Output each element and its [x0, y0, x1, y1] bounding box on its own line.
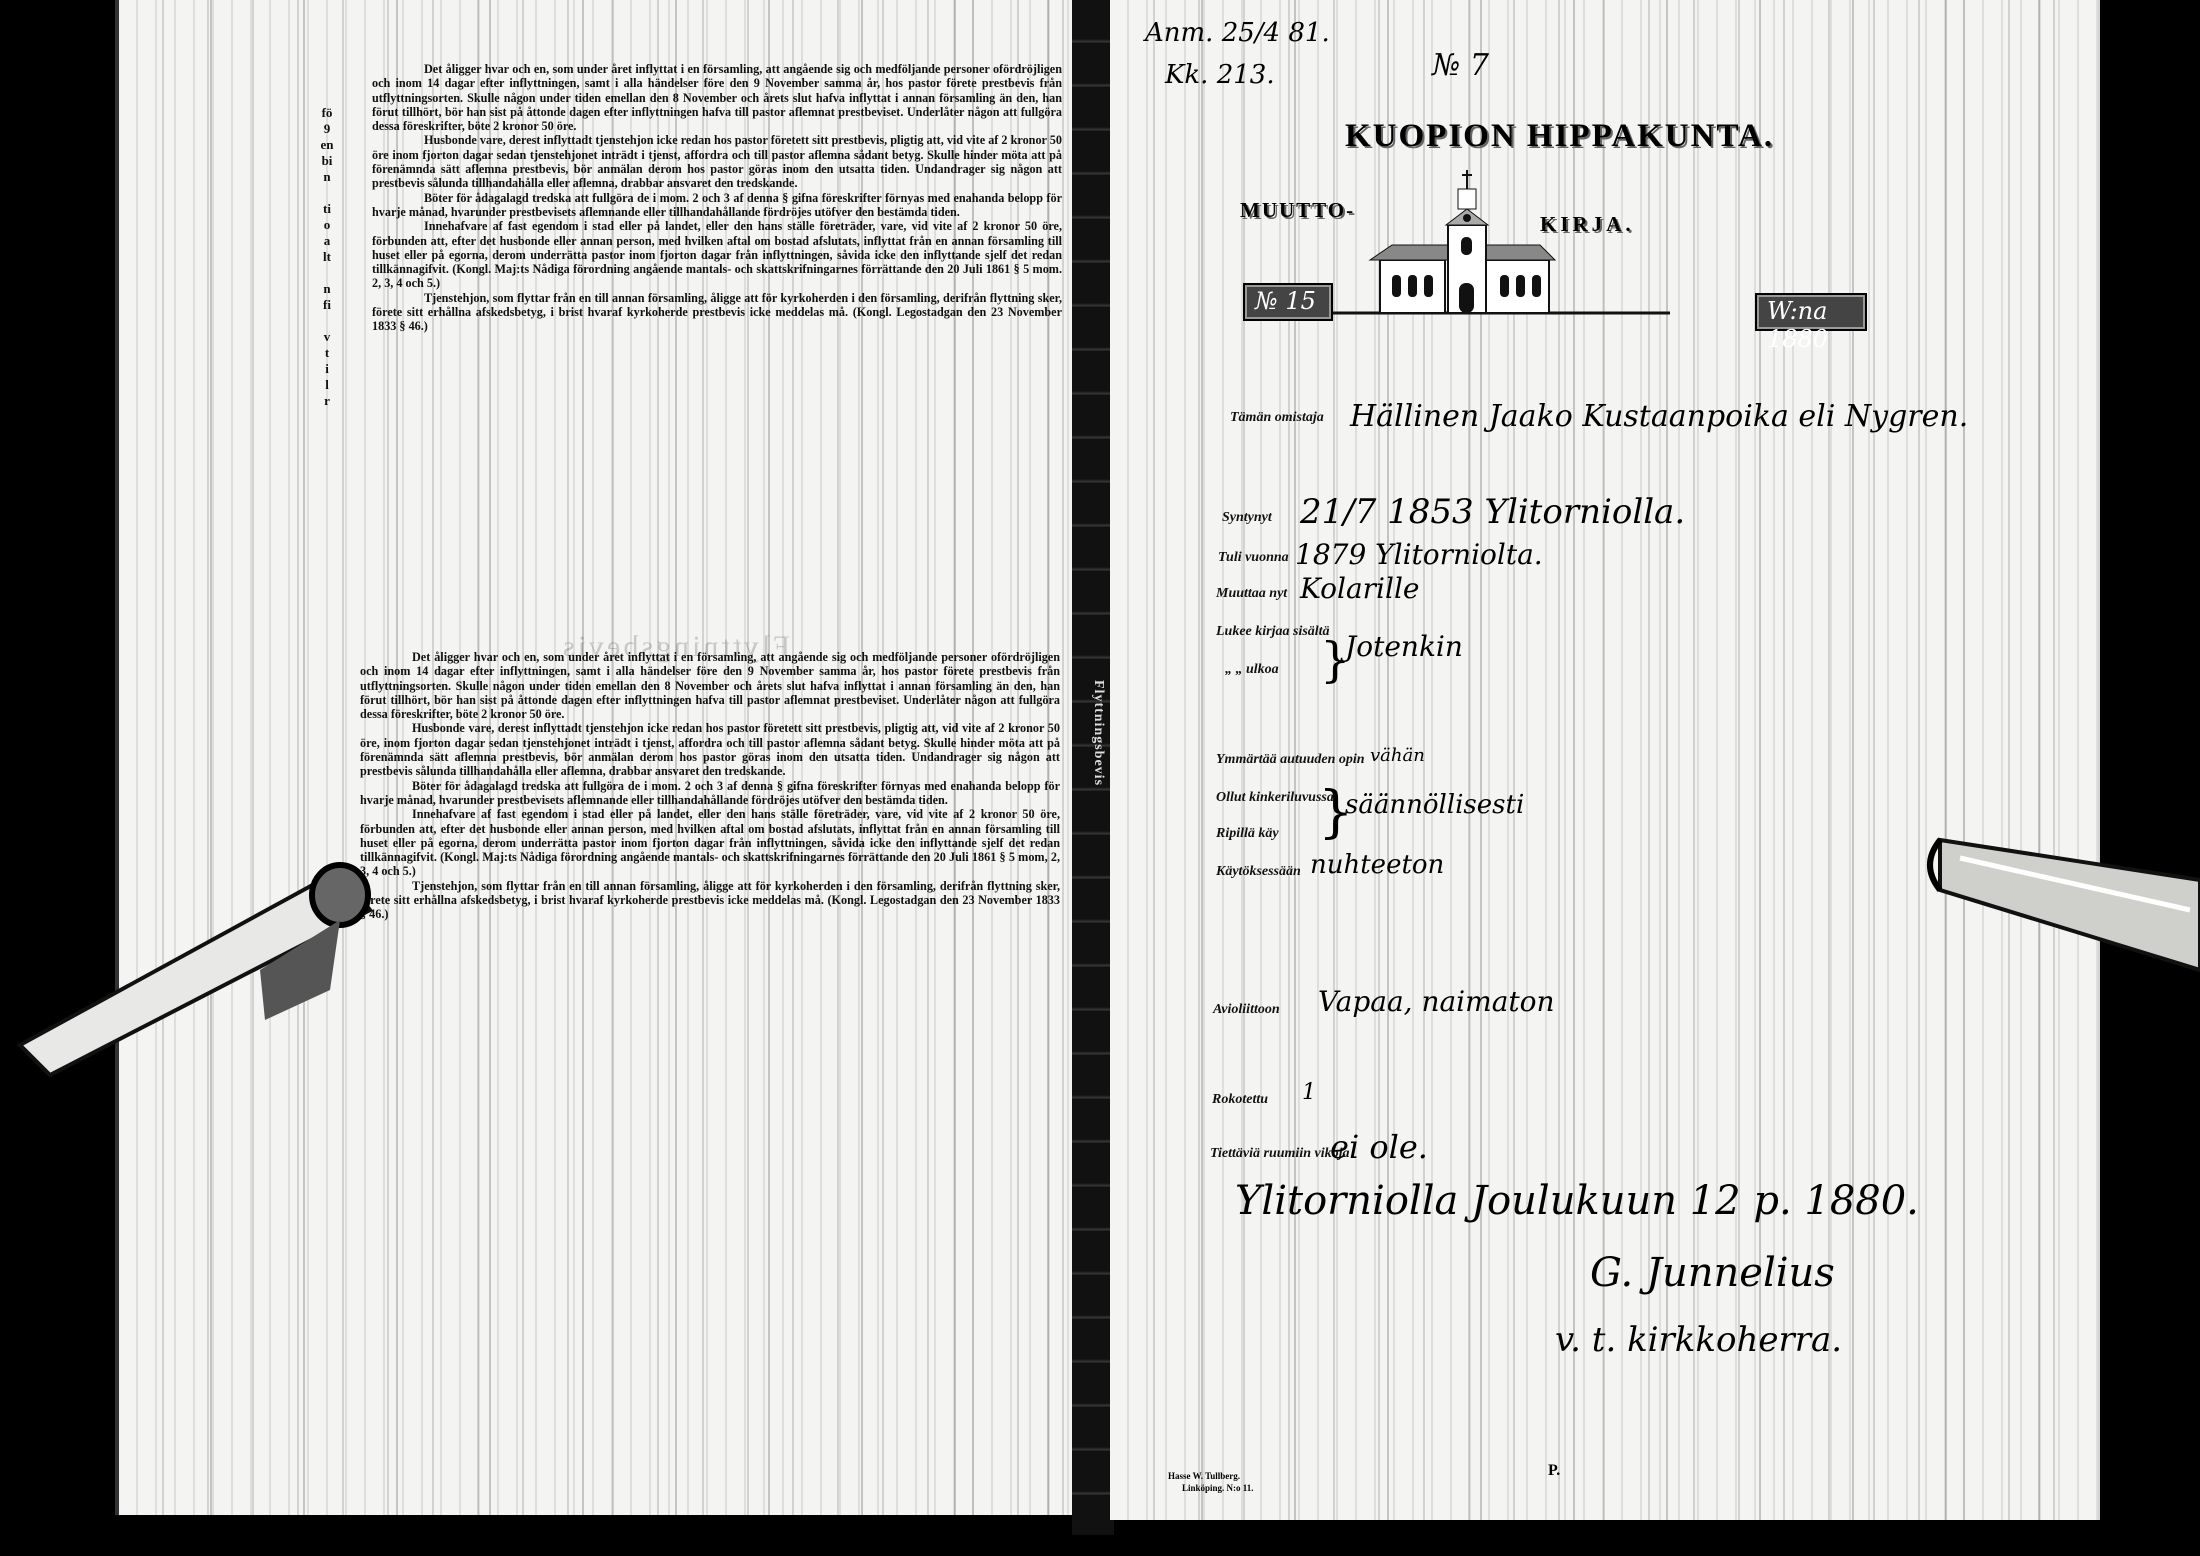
- printer-imprint: Hasse W. Tullberg. Linköping. N:o 11.: [1168, 1470, 1254, 1494]
- gutter-spine-label: Flyttningsbevis: [1090, 680, 1106, 786]
- edge-letter: bi: [318, 153, 336, 169]
- edge-letter: t: [318, 345, 336, 361]
- form-title: KUOPION HIPPAKUNTA.: [1345, 118, 1774, 155]
- field-label-conduct: Käytöksessään: [1216, 864, 1301, 880]
- edge-letter: i: [318, 361, 336, 377]
- notice-paragraph: Böter för ådagalagd tredska att fullgöra…: [372, 191, 1062, 220]
- field-label-catechism-readings: Ollut kinkeriluvussa: [1216, 790, 1334, 806]
- printer-line1: Hasse W. Tullberg.: [1168, 1470, 1254, 1482]
- field-label-vaccinated: Rokotettu: [1212, 1092, 1268, 1108]
- edge-letter: a: [318, 233, 336, 249]
- field-value-conduct: nuhteeton: [1310, 850, 1444, 880]
- notice-paragraph: Det åligger hvar och en, som under året …: [360, 650, 1060, 721]
- notice-paragraph: Tjenstehjon, som flyttar från en till an…: [360, 879, 1060, 922]
- printer-line2: Linköping. N:o 11.: [1168, 1482, 1254, 1494]
- printed-notice-top: Det åligger hvar och en, som under året …: [372, 62, 1062, 334]
- field-value-physical-defects: ei ole.: [1330, 1128, 1428, 1166]
- book-weight-strap-left-icon: [10, 840, 380, 1080]
- notice-paragraph: Innehafvare af fast egendom i stad eller…: [372, 219, 1062, 290]
- document-number-mark: № 7: [1432, 48, 1489, 83]
- left-edge-cut-text: fö9enbin tioalt nfi vtilr: [318, 105, 336, 409]
- field-value-arrived-year: 1879 Ylitorniolta.: [1295, 538, 1543, 571]
- notice-paragraph: Innehafvare af fast egendom i stad eller…: [360, 807, 1060, 878]
- signature-title: v. t. kirkkoherra.: [1555, 1320, 1842, 1360]
- field-label-born: Syntynyt: [1222, 510, 1272, 526]
- field-label-reads-by-heart: „ „ ulkoa: [1225, 662, 1279, 678]
- edge-letter: l: [318, 377, 336, 393]
- notice-paragraph: Tjenstehjon, som flyttar från en till an…: [372, 291, 1062, 334]
- edge-letter: ti: [318, 201, 336, 217]
- field-label-reads-inside: Lukee kirjaa sisältä: [1216, 624, 1330, 640]
- edge-letter: o: [318, 217, 336, 233]
- field-label-understanding: Ymmärtää autuuden opin: [1216, 752, 1365, 768]
- edge-letter: n: [318, 169, 336, 185]
- notice-paragraph: Husbonde vare, derest inflyttadt tjenste…: [372, 133, 1062, 190]
- field-label-owner: Tämän omistaja: [1230, 410, 1324, 426]
- plate-year: W:na 1880: [1755, 293, 1867, 331]
- edge-letter: fi: [318, 297, 336, 313]
- edge-letter: n: [318, 281, 336, 297]
- edge-letter: en: [318, 137, 336, 153]
- field-value-attendance: säännöllisesti: [1345, 790, 1524, 820]
- field-label-communion: Ripillä käy: [1216, 826, 1279, 842]
- field-value-born: 21/7 1853 Ylitorniolla.: [1300, 492, 1685, 532]
- edge-letter: 9: [318, 121, 336, 137]
- field-value-marriage: Vapaa, naimaton: [1318, 985, 1555, 1018]
- signature-name: G. Junnelius: [1590, 1250, 1835, 1296]
- field-label-arrived-year: Tuli vuonna: [1218, 550, 1289, 566]
- footer-mark: P.: [1548, 1462, 1560, 1480]
- field-value-reading: Jotenkin: [1345, 630, 1463, 663]
- edge-letter: [318, 185, 336, 201]
- book-weight-strap-right-icon: [1920, 820, 2200, 980]
- edge-letter: [318, 313, 336, 329]
- church-illustration-icon: [1300, 165, 1680, 325]
- notice-paragraph: Husbonde vare, derest inflyttadt tjenste…: [360, 721, 1060, 778]
- margin-note-line2: Kk. 213.: [1165, 60, 1275, 90]
- field-value-vaccinated: 1: [1302, 1080, 1316, 1105]
- field-value-understanding: vähän: [1370, 745, 1425, 766]
- edge-letter: fö: [318, 105, 336, 121]
- edge-letter: lt: [318, 249, 336, 265]
- field-value-owner: Hällinen Jaako Kustaanpoika eli Nygren.: [1350, 395, 1990, 439]
- field-label-marriage: Avioliittoon: [1213, 1002, 1280, 1018]
- edge-letter: [318, 265, 336, 281]
- edge-letter: r: [318, 393, 336, 409]
- field-value-moving-to: Kolarille: [1300, 572, 1420, 605]
- plate-serial-number: № 15: [1243, 283, 1333, 321]
- printed-notice-bottom: Det åligger hvar och en, som under året …: [360, 650, 1060, 922]
- edge-letter: v: [318, 329, 336, 345]
- place-and-date: Ylitorniolla Joulukuun 12 p. 1880.: [1235, 1178, 1919, 1224]
- notice-paragraph: Det åligger hvar och en, som under året …: [372, 62, 1062, 133]
- notice-paragraph: Böter för ådagalagd tredska att fullgöra…: [360, 779, 1060, 808]
- field-label-moving-to: Muuttaa nyt: [1216, 586, 1287, 602]
- field-label-physical-defects: Tiettäviä ruumiin vikoja: [1210, 1146, 1350, 1162]
- margin-note-line1: Anm. 25/4 81.: [1145, 18, 1330, 48]
